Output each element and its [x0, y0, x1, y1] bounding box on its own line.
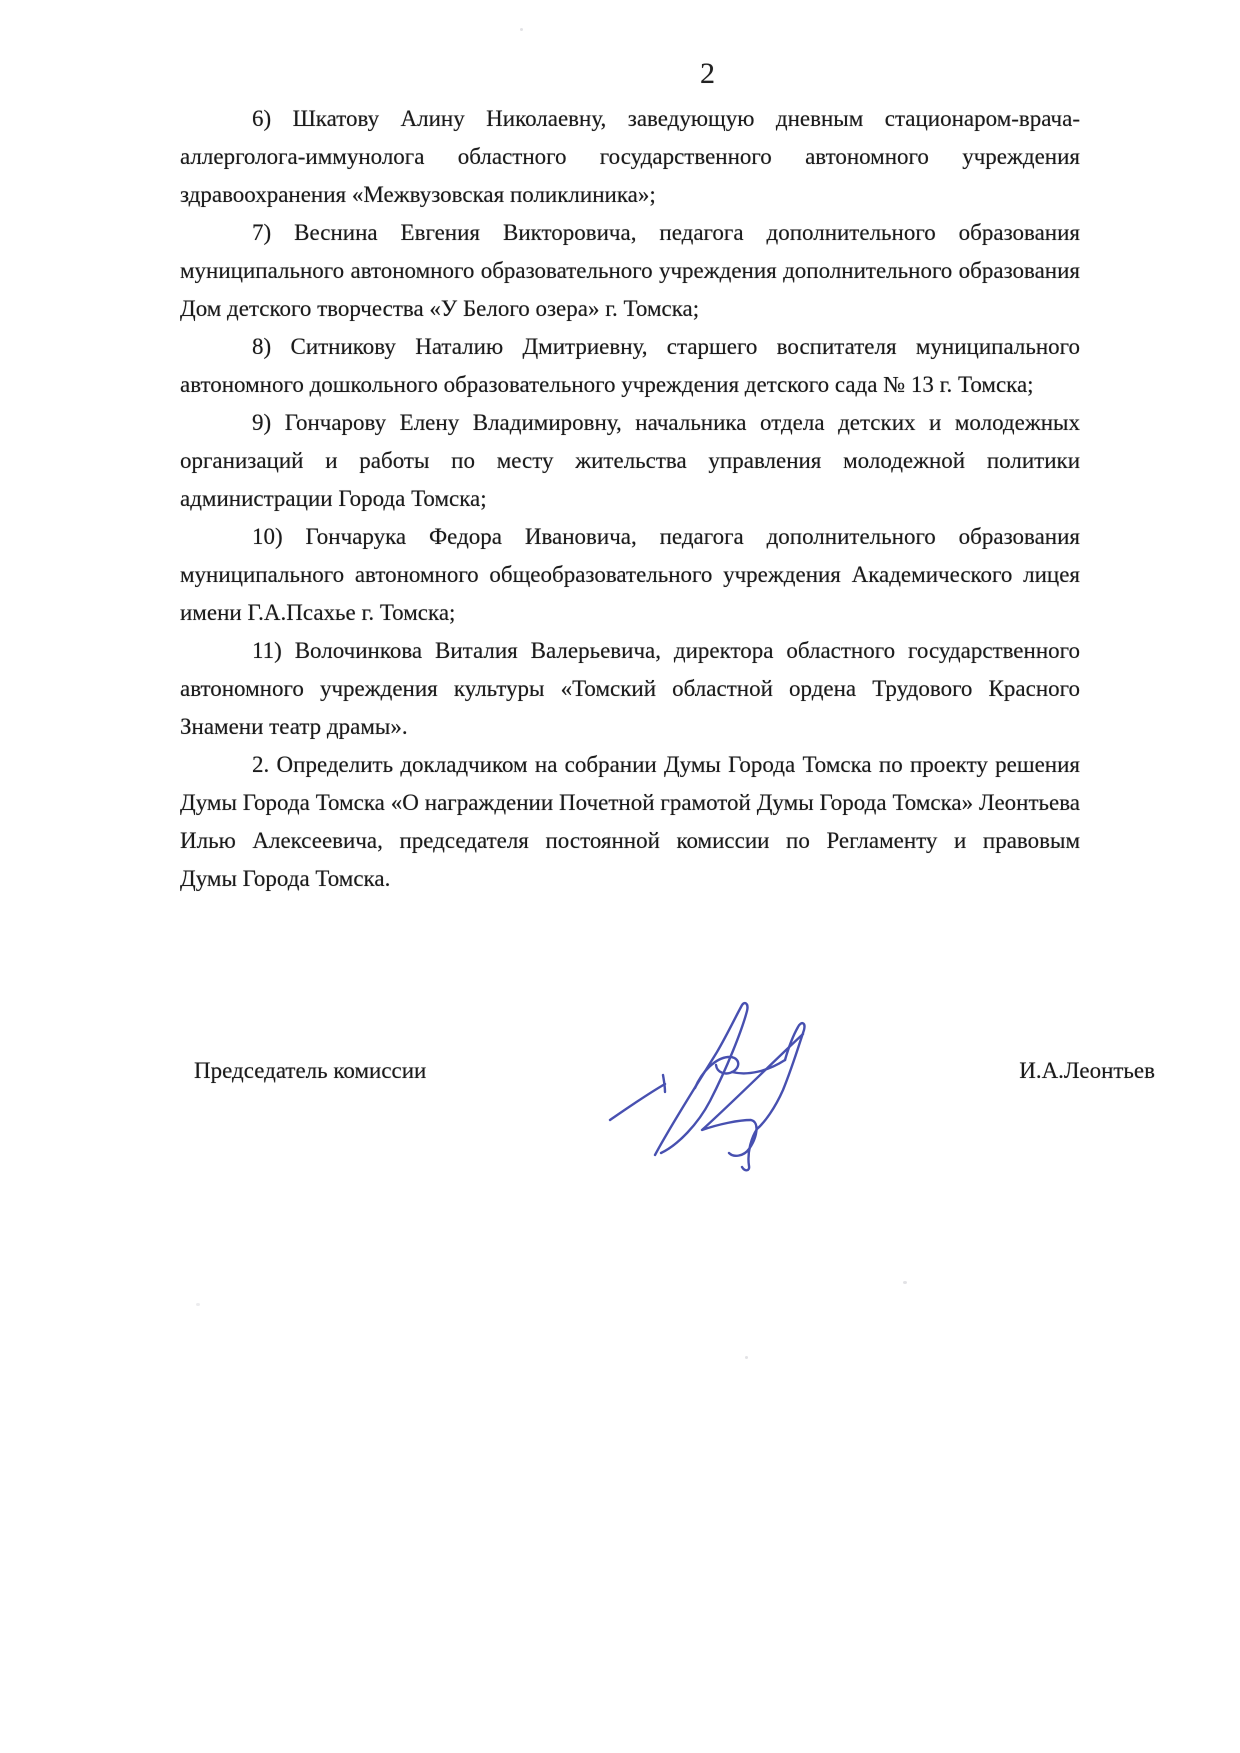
- scan-speck: [745, 1356, 748, 1359]
- document-body: 6) Шкатову Алину Николаевну, заведующую …: [180, 100, 1080, 898]
- text-line: муниципального автономного образовательн…: [180, 252, 1080, 290]
- scan-speck: [196, 1303, 200, 1306]
- text-line: администрации Города Томска;: [180, 480, 1080, 518]
- signer-title: Председатель комиссии: [180, 1056, 426, 1086]
- text-line: организаций и работы по месту жительства…: [180, 442, 1080, 480]
- text-line: аллерголога-иммунолога областного госуда…: [180, 138, 1080, 176]
- scan-speck: [903, 1281, 907, 1284]
- text-line: автономного учреждения культуры «Томский…: [180, 670, 1080, 708]
- scan-speck: [520, 28, 523, 31]
- handwritten-signature-icon: [600, 995, 815, 1175]
- text-line: имени Г.А.Псахье г. Томска;: [180, 594, 1080, 632]
- text-line: 6) Шкатову Алину Николаевну, заведующую …: [180, 100, 1080, 138]
- text-line: Илью Алексеевича, председателя постоянно…: [180, 822, 1080, 860]
- paragraph: 9) Гончарову Елену Владимировну, начальн…: [180, 404, 1080, 518]
- text-line: 8) Ситникову Наталию Дмитриевну, старшег…: [180, 328, 1080, 366]
- paragraph: 6) Шкатову Алину Николаевну, заведующую …: [180, 100, 1080, 214]
- paragraph: 11) Волочинкова Виталия Валерьевича, дир…: [180, 632, 1080, 746]
- text-line: здравоохранения «Межвузовская поликлиник…: [180, 176, 1080, 214]
- signer-name: И.А.Леонтьев: [1019, 1056, 1155, 1086]
- text-line: Думы Города Томска.: [180, 860, 1080, 898]
- text-line: 9) Гончарову Елену Владимировну, начальн…: [180, 404, 1080, 442]
- paragraph: 2. Определить докладчиком на собрании Ду…: [180, 746, 1080, 898]
- text-line: муниципального автономного общеобразоват…: [180, 556, 1080, 594]
- paragraph: 8) Ситникову Наталию Дмитриевну, старшег…: [180, 328, 1080, 404]
- scanned-document-page: 2 6) Шкатову Алину Николаевну, заведующу…: [0, 0, 1240, 1753]
- page-number: 2: [700, 57, 715, 91]
- text-line: 11) Волочинкова Виталия Валерьевича, дир…: [180, 632, 1080, 670]
- text-line: 2. Определить докладчиком на собрании Ду…: [180, 746, 1080, 784]
- paragraph: 7) Веснина Евгения Викторовича, педагога…: [180, 214, 1080, 328]
- text-line: 7) Веснина Евгения Викторовича, педагога…: [180, 214, 1080, 252]
- text-line: Дом детского творчества «У Белого озера»…: [180, 290, 1080, 328]
- text-line: 10) Гончарука Федора Ивановича, педагога…: [180, 518, 1080, 556]
- paragraph: 10) Гончарука Федора Ивановича, педагога…: [180, 518, 1080, 632]
- text-line: Думы Города Томска «О награждении Почетн…: [180, 784, 1080, 822]
- text-line: Знамени театр драмы».: [180, 708, 1080, 746]
- text-line: автономного дошкольного образовательного…: [180, 366, 1080, 404]
